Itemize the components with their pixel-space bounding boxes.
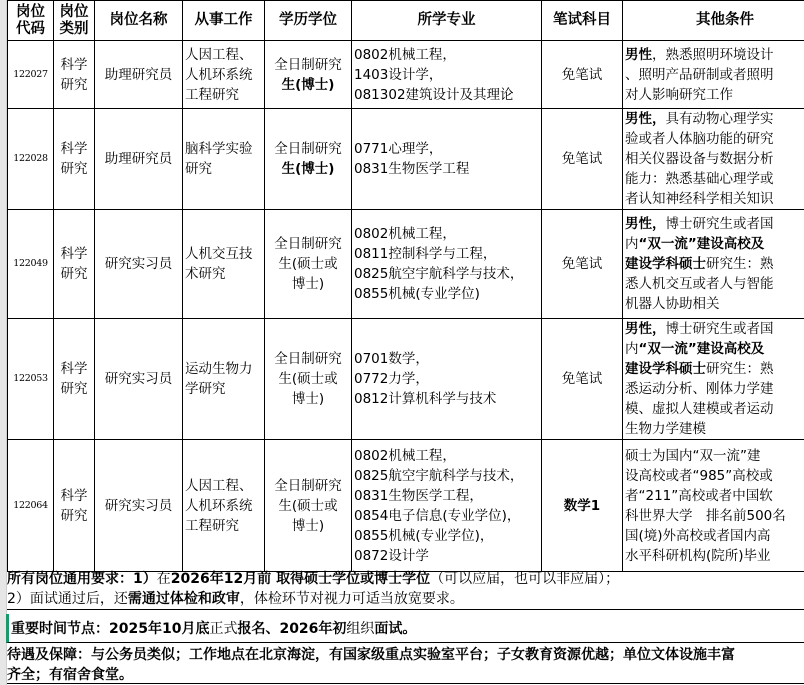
header-code: 岗位代码 — [8, 1, 54, 41]
cell-code[interactable]: 122049 — [8, 210, 54, 319]
benefits-line-2: 齐全；有宿舍食堂。 — [7, 665, 804, 685]
header-row: 岗位代码 岗位类别 岗位名称 从事工作 学历学位 所学专业 笔试科目 其他条件 — [8, 1, 804, 41]
cell-major[interactable]: 0802机械工程，1403设计学，081302建筑设计及其理论 — [352, 41, 542, 109]
cell-category[interactable]: 科学研究 — [54, 440, 95, 572]
cell-exam[interactable]: 免笔试 — [542, 109, 623, 210]
cell-code[interactable]: 122027 — [8, 41, 54, 109]
cell-major[interactable]: 0802机械工程，0825航空宇航科学与技术，0831生物医学工程，0854电子… — [352, 440, 542, 572]
cell-other[interactable]: 男性，具有动物心理学实验或者人体脑功能的研究相关仪器设备与数据分析能力：熟悉基础… — [623, 109, 804, 210]
cell-exam[interactable]: 免笔试 — [542, 41, 623, 109]
table-row: 122064 科学研究 研究实习员 人因工程、人机环系统工程研究 全日制研究生(… — [8, 440, 804, 572]
cell-other[interactable]: 硕士为国内“双一流”建设高校或者“985”高校或者“211”高校或者中国软科世界… — [623, 440, 804, 572]
cell-degree[interactable]: 全日制研究生(硕士或博士) — [265, 319, 352, 440]
cell-degree[interactable]: 全日制研究生(博士) — [265, 109, 352, 210]
cell-work[interactable]: 脑科学实验研究 — [183, 109, 265, 210]
cell-other[interactable]: 男性，博士研究生或者国内“双一流”建设高校及建设学科硕士研究生：熟悉人机交互或者… — [623, 210, 804, 319]
cell-category[interactable]: 科学研究 — [54, 109, 95, 210]
header-work: 从事工作 — [183, 1, 265, 41]
cell-other[interactable]: 男性，博士研究生或者国内“双一流”建设高校及建设学科硕士研究生：熟悉运动分析、刚… — [623, 319, 804, 440]
header-degree: 学历学位 — [265, 1, 352, 41]
cell-exam[interactable]: 免笔试 — [542, 319, 623, 440]
table-row: 122049 科学研究 研究实习员 人机交互技术研究 全日制研究生(硕士或博士)… — [8, 210, 804, 319]
row-header-strip — [0, 0, 7, 685]
cell-work[interactable]: 运动生物力学研究 — [183, 319, 265, 440]
cell-degree[interactable]: 全日制研究生(硕士或博士) — [265, 440, 352, 572]
cell-category[interactable]: 科学研究 — [54, 319, 95, 440]
benefits[interactable]: 待遇及保障：与公务员类似；工作地点在北京海淀，有国家级重点实验室平台；子女教育资… — [7, 645, 804, 684]
table-row: 122028 科学研究 助理研究员 脑科学实验研究 全日制研究生(博士) 077… — [8, 109, 804, 210]
general-line-1: 所有岗位通用要求：1）在2026年12月前 取得硕士学位或博士学位（可以应届，也… — [7, 569, 804, 589]
cell-title[interactable]: 助理研究员 — [95, 109, 183, 210]
cell-other[interactable]: 男性，熟悉照明环境设计、照明产品研制或者照明对人影响研究工作 — [623, 41, 804, 109]
cell-title[interactable]: 研究实习员 — [95, 319, 183, 440]
cell-code[interactable]: 122053 — [8, 319, 54, 440]
cell-category[interactable]: 科学研究 — [54, 41, 95, 109]
cell-title[interactable]: 助理研究员 — [95, 41, 183, 109]
header-other: 其他条件 — [623, 1, 804, 41]
cell-code[interactable]: 122064 — [8, 440, 54, 572]
header-exam: 笔试科目 — [542, 1, 623, 41]
header-category: 岗位类别 — [54, 1, 95, 41]
cell-major[interactable]: 0701数学，0772力学，0812计算机科学与技术 — [352, 319, 542, 440]
cell-code[interactable]: 122028 — [8, 109, 54, 210]
cell-degree[interactable]: 全日制研究生(博士) — [265, 41, 352, 109]
cell-title[interactable]: 研究实习员 — [95, 210, 183, 319]
table-row: 122027 科学研究 助理研究员 人因工程、人机环系统工程研究 全日制研究生(… — [8, 41, 804, 109]
cell-category[interactable]: 科学研究 — [54, 210, 95, 319]
cell-major[interactable]: 0771心理学，0831生物医学工程 — [352, 109, 542, 210]
cell-title[interactable]: 研究实习员 — [95, 440, 183, 572]
timeline-text: 重要时间节点：2025年10月底正式报名、2026年初组织面试。 — [11, 614, 804, 639]
header-major: 所学专业 — [352, 1, 542, 41]
important-timeline[interactable]: 重要时间节点：2025年10月底正式报名、2026年初组织面试。 — [6, 614, 804, 643]
benefits-line-1: 待遇及保障：与公务员类似；工作地点在北京海淀，有国家级重点实验室平台；子女教育资… — [7, 645, 804, 665]
cell-work[interactable]: 人因工程、人机环系统工程研究 — [183, 41, 265, 109]
cell-major[interactable]: 0802机械工程，0811控制科学与工程，0825航空宇航科学与技术，0855机… — [352, 210, 542, 319]
job-table: 岗位代码 岗位类别 岗位名称 从事工作 学历学位 所学专业 笔试科目 其他条件 … — [7, 0, 804, 572]
cell-exam[interactable]: 免笔试 — [542, 210, 623, 319]
cell-exam[interactable]: 数学1 — [542, 440, 623, 572]
cell-work[interactable]: 人因工程、人机环系统工程研究 — [183, 440, 265, 572]
spreadsheet: 岗位代码 岗位类别 岗位名称 从事工作 学历学位 所学专业 笔试科目 其他条件 … — [7, 0, 804, 572]
cell-degree[interactable]: 全日制研究生(硕士或博士) — [265, 210, 352, 319]
general-requirements[interactable]: 所有岗位通用要求：1）在2026年12月前 取得硕士学位或博士学位（可以应届，也… — [7, 569, 804, 610]
cell-work[interactable]: 人机交互技术研究 — [183, 210, 265, 319]
table-row: 122053 科学研究 研究实习员 运动生物力学研究 全日制研究生(硕士或博士)… — [8, 319, 804, 440]
header-title: 岗位名称 — [95, 1, 183, 41]
general-line-2: 2）面试通过后，还需通过体检和政审，体检环节对视力可适当放宽要求。 — [7, 589, 804, 609]
